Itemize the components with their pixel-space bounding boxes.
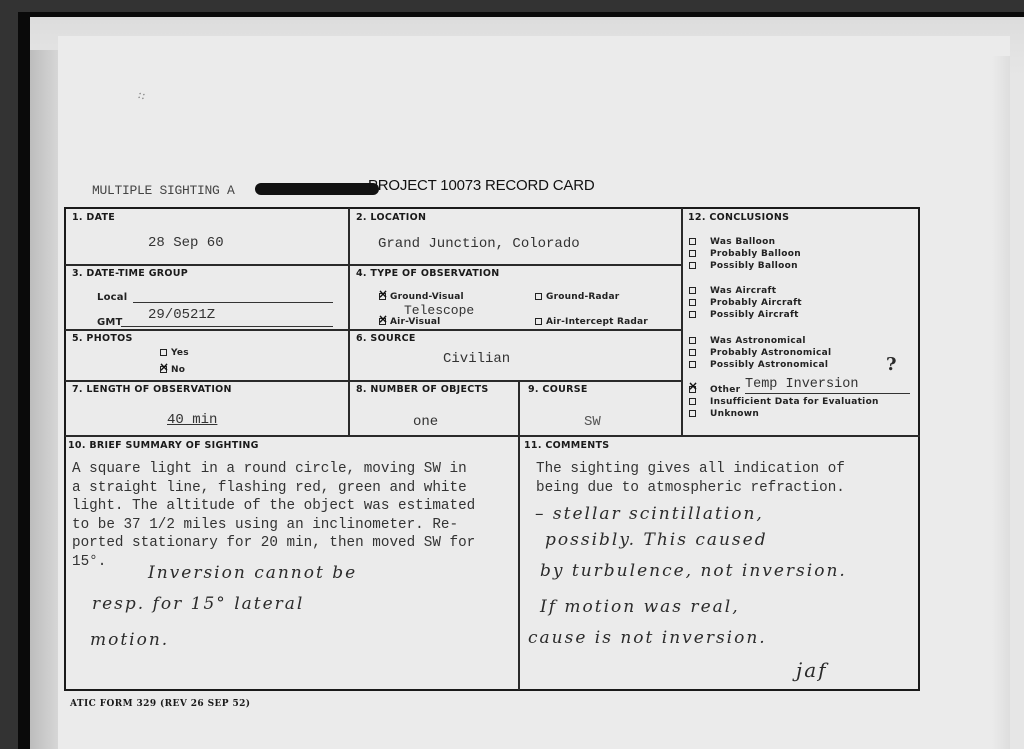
question-mark-annotation: ? bbox=[886, 354, 899, 375]
gmt-value: 29/0521Z bbox=[148, 307, 215, 323]
option-photos-no[interactable]: No bbox=[160, 365, 185, 375]
other-underline bbox=[745, 393, 910, 394]
option-air-intercept-radar[interactable]: Air-Intercept Radar bbox=[535, 317, 648, 327]
location-label: 2. LOCATION bbox=[356, 212, 426, 223]
option-air-visual[interactable]: Air-Visual bbox=[379, 317, 440, 327]
course-value: SW bbox=[584, 414, 601, 430]
checkbox-icon bbox=[689, 311, 696, 318]
checkbox-icon bbox=[535, 318, 542, 325]
checkbox-icon bbox=[689, 299, 696, 306]
conclusion-unknown[interactable]: Unknown bbox=[689, 408, 759, 420]
date-time-group-label: 3. DATE-TIME GROUP bbox=[72, 268, 188, 279]
checkbox-icon bbox=[689, 349, 696, 356]
comments-handwritten-line: by turbulence, not inversion. bbox=[540, 561, 847, 581]
date-value: 28 Sep 60 bbox=[148, 235, 224, 251]
conclusion-possibly-astronomical[interactable]: Possibly Astronomical bbox=[689, 359, 828, 371]
number-of-objects-value: one bbox=[413, 414, 438, 430]
checkbox-icon bbox=[689, 398, 696, 405]
stray-mark: ⁘ bbox=[133, 86, 152, 107]
initials-signature: jaf bbox=[796, 658, 828, 682]
conclusion-possibly-aircraft[interactable]: Possibly Aircraft bbox=[689, 309, 799, 321]
checkbox-icon bbox=[689, 287, 696, 294]
gmt-label: GMT bbox=[97, 317, 123, 328]
checkbox-icon bbox=[160, 349, 167, 356]
conclusion-probably-balloon[interactable]: Probably Balloon bbox=[689, 248, 801, 260]
conclusion-probably-astronomical[interactable]: Probably Astronomical bbox=[689, 347, 831, 359]
summary-handwritten-line: Inversion cannot be bbox=[148, 563, 357, 583]
local-underline bbox=[133, 302, 333, 303]
divider bbox=[681, 208, 683, 436]
multiple-sighting-label: MULTIPLE SIGHTING A bbox=[92, 183, 235, 198]
other-value: Temp Inversion bbox=[745, 377, 858, 392]
divider bbox=[65, 380, 682, 382]
conclusion-was-balloon[interactable]: Was Balloon bbox=[689, 236, 775, 248]
form-id: ATIC FORM 329 (REV 26 SEP 52) bbox=[70, 699, 250, 709]
divider bbox=[65, 329, 682, 331]
conclusion-probably-aircraft[interactable]: Probably Aircraft bbox=[689, 297, 802, 309]
telescope-annotation: Telescope bbox=[404, 303, 474, 318]
card-title: PROJECT 10073 RECORD CARD bbox=[368, 177, 594, 194]
length-of-observation-label: 7. LENGTH OF OBSERVATION bbox=[72, 384, 232, 395]
summary-handwritten-line: motion. bbox=[90, 630, 169, 650]
conclusion-was-astronomical[interactable]: Was Astronomical bbox=[689, 335, 806, 347]
checkbox-icon bbox=[689, 238, 696, 245]
option-ground-radar[interactable]: Ground-Radar bbox=[535, 292, 619, 302]
comments-handwritten-line: possibly. This caused bbox=[545, 530, 768, 550]
checkbox-checked-icon bbox=[379, 318, 386, 325]
checkbox-icon bbox=[689, 262, 696, 269]
checkbox-checked-icon bbox=[689, 386, 696, 393]
comments-handwritten-line: If motion was real, bbox=[540, 597, 740, 617]
summary-handwritten-line: resp. for 15° lateral bbox=[92, 594, 304, 614]
checkbox-checked-icon bbox=[160, 366, 167, 373]
comments-label: 11. COMMENTS bbox=[524, 440, 609, 451]
checkbox-icon bbox=[535, 293, 542, 300]
type-of-observation-label: 4. TYPE OF OBSERVATION bbox=[356, 268, 499, 279]
conclusion-possibly-balloon[interactable]: Possibly Balloon bbox=[689, 260, 798, 272]
divider bbox=[65, 435, 920, 437]
course-label: 9. COURSE bbox=[528, 384, 588, 395]
checkbox-checked-icon bbox=[379, 293, 386, 300]
scan-shadow bbox=[30, 50, 58, 749]
conclusion-other[interactable]: Other bbox=[689, 384, 740, 396]
redaction-bar bbox=[255, 183, 379, 195]
source-label: 6. SOURCE bbox=[356, 333, 416, 344]
local-label: Local bbox=[97, 292, 127, 303]
checkbox-icon bbox=[689, 337, 696, 344]
checkbox-icon bbox=[689, 250, 696, 257]
option-ground-visual[interactable]: Ground-Visual bbox=[379, 292, 464, 302]
source-value: Civilian bbox=[443, 351, 510, 367]
comments-handwritten-line: cause is not inversion. bbox=[528, 628, 767, 648]
conclusion-was-aircraft[interactable]: Was Aircraft bbox=[689, 285, 776, 297]
summary-label: 10. BRIEF SUMMARY OF SIGHTING bbox=[68, 440, 259, 451]
comments-handwritten-line: – stellar scintillation, bbox=[535, 504, 764, 524]
checkbox-icon bbox=[689, 410, 696, 417]
gmt-underline bbox=[121, 326, 333, 327]
option-photos-yes[interactable]: Yes bbox=[160, 348, 189, 358]
conclusion-insufficient-data[interactable]: Insufficient Data for Evaluation bbox=[689, 396, 879, 408]
divider bbox=[65, 264, 682, 266]
conclusions-label: 12. CONCLUSIONS bbox=[688, 212, 789, 223]
summary-typed-text: A square light in a round circle, moving… bbox=[72, 460, 520, 571]
date-label: 1. DATE bbox=[72, 212, 115, 223]
card-header: MULTIPLE SIGHTING A PROJECT 10073 RECORD… bbox=[92, 177, 712, 199]
length-of-observation-value: 40 min bbox=[167, 412, 217, 428]
comments-typed-text: The sighting gives all indication of bei… bbox=[536, 460, 916, 497]
location-value: Grand Junction, Colorado bbox=[378, 236, 580, 252]
checkbox-icon bbox=[689, 361, 696, 368]
photos-label: 5. PHOTOS bbox=[72, 333, 133, 344]
divider bbox=[348, 208, 350, 436]
number-of-objects-label: 8. NUMBER OF OBJECTS bbox=[356, 384, 489, 395]
